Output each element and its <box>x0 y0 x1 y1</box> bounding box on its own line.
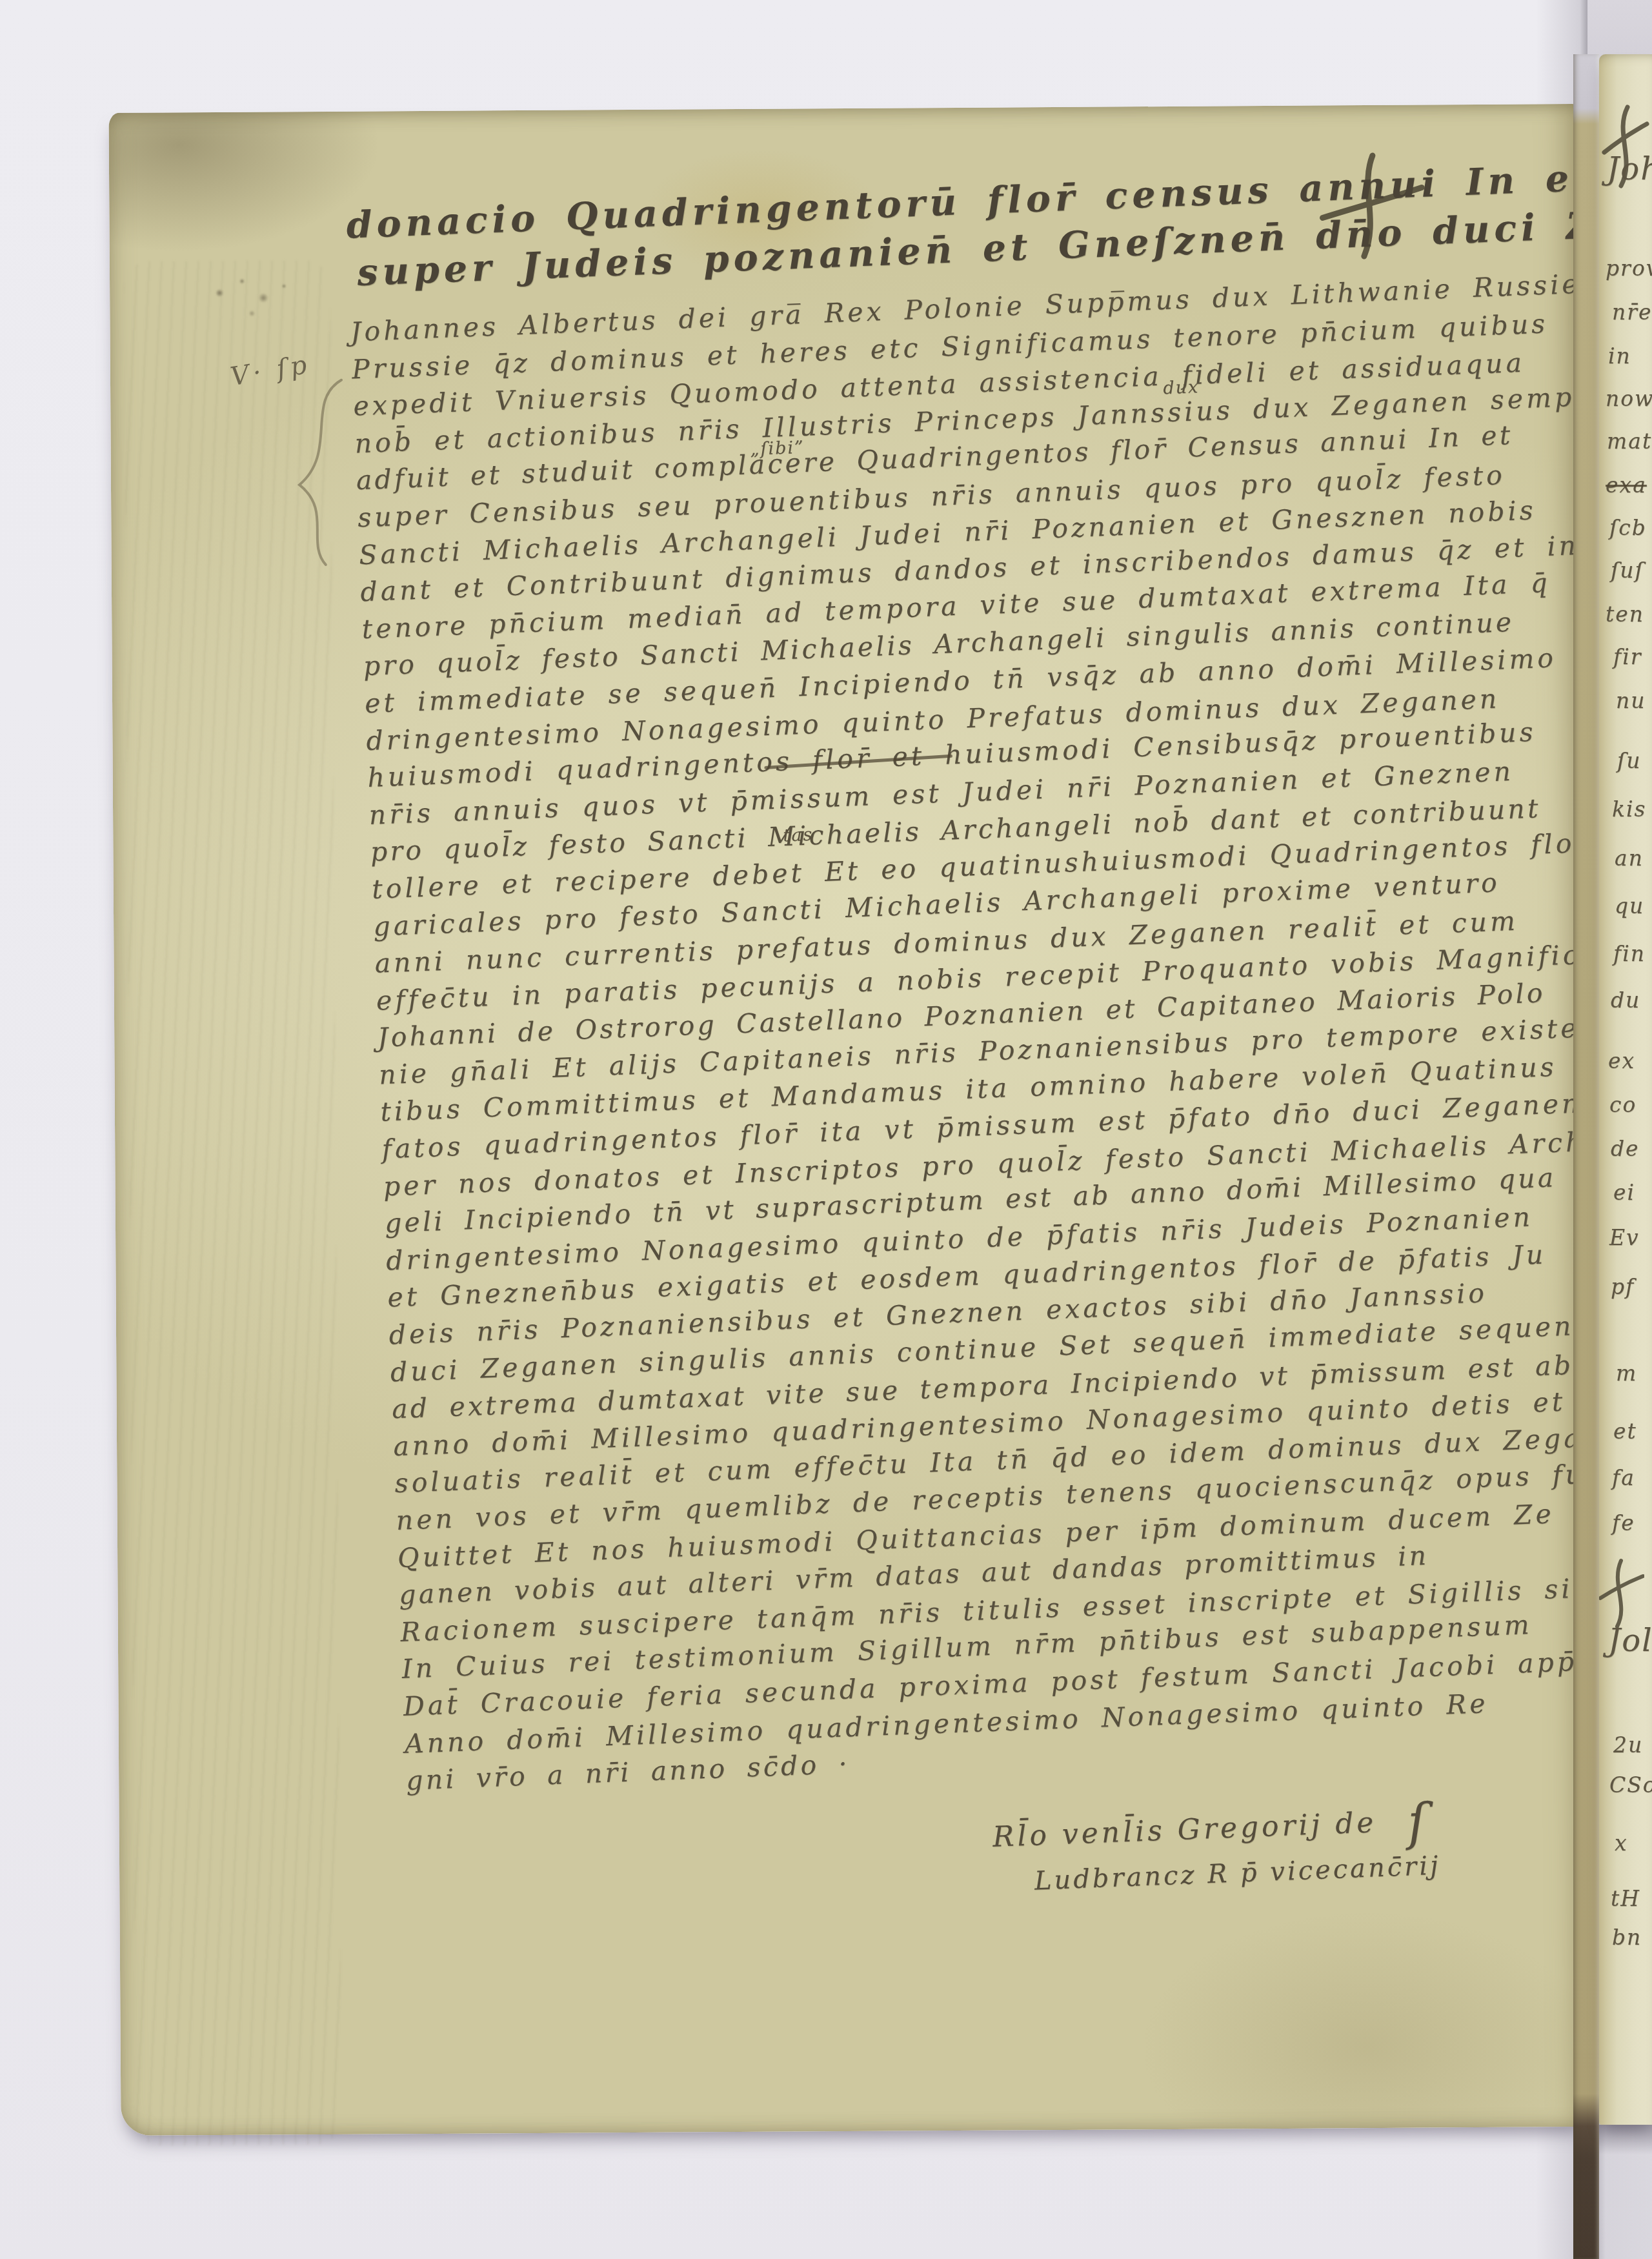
page-fragment: ſu <box>1617 748 1641 773</box>
margin-flourish-icon <box>279 375 352 569</box>
interlinear-word: dux <box>1163 377 1200 398</box>
page-fragment: et <box>1613 1419 1637 1444</box>
page-fragment: mat <box>1607 429 1652 454</box>
page-fragment: kis <box>1612 796 1647 822</box>
manuscript-scan: { "manuscript": { "heading": { "line1": … <box>0 0 1652 2259</box>
page-fragment: x <box>1615 1830 1628 1856</box>
interlinear-word: tas <box>783 825 814 846</box>
page-fragment: bn <box>1612 1925 1642 1950</box>
text-block: donacio Quadringentorū flor̄ census annu… <box>345 154 1652 1920</box>
page-fragment: now <box>1606 386 1652 411</box>
page-fragment: ei <box>1613 1180 1635 1205</box>
page-fragment: ſuſ <box>1611 558 1644 583</box>
page-fragment: CSo <box>1609 1772 1652 1798</box>
charter-body: Johannes Albertus dei gra̅ Rex Polonie S… <box>350 266 1652 1800</box>
manuscript-right-page: Joha prov nr̄e in now mat exa ſcb ſuſ te… <box>1599 54 1652 2125</box>
page-fragment: prov <box>1606 256 1652 281</box>
cross-mark-icon <box>1599 1558 1644 1629</box>
page-fragment: qu <box>1615 893 1644 918</box>
page-fragment: an <box>1615 846 1644 871</box>
page-fragment: ſcb <box>1609 515 1647 540</box>
page-fragment: nu <box>1616 688 1646 713</box>
page-fragment: exa <box>1606 472 1647 498</box>
page-fragment: fin <box>1613 941 1646 966</box>
page-stack-fore-edge <box>1573 54 1599 2259</box>
page-fragment: de <box>1611 1136 1640 1161</box>
page-shadow <box>1599 2125 1652 2154</box>
signature-text: Rl̄o venl̄is Gregorij de <box>992 1806 1377 1854</box>
page-fragment: tH <box>1611 1886 1640 1911</box>
page-fragment: Ev <box>1609 1225 1640 1250</box>
ink-stain-smudge <box>206 273 317 351</box>
chancery-signature: Rl̄o venl̄is Gregorij deſ Ludbrancz R p̄… <box>408 1784 1652 1920</box>
page-fragment: 2u <box>1613 1732 1643 1758</box>
page-fragment: du <box>1611 988 1640 1013</box>
page-fragment: fir <box>1613 644 1642 669</box>
page-fragment: ex <box>1608 1048 1635 1073</box>
page-fragment: co <box>1609 1092 1637 1117</box>
page-fragment: Joha <box>1607 151 1652 187</box>
page-fragment: fa <box>1612 1465 1635 1490</box>
signature-flourish: ſ <box>1376 1793 1431 1853</box>
page-fragment: nr̄e <box>1612 299 1652 325</box>
page-fragment: in <box>1608 343 1631 369</box>
page-fragment: ten <box>1606 602 1644 627</box>
page-fragment: m <box>1616 1361 1637 1386</box>
page-fragment: Jol <box>1608 1623 1652 1659</box>
page-fragment: fe <box>1612 1510 1635 1535</box>
manuscript-left-page: V· ſp donacio Quadringentorū flor̄ censu… <box>108 104 1587 2136</box>
page-fragment: pf <box>1611 1274 1635 1299</box>
interlinear-word: „ſibi” <box>750 438 805 460</box>
